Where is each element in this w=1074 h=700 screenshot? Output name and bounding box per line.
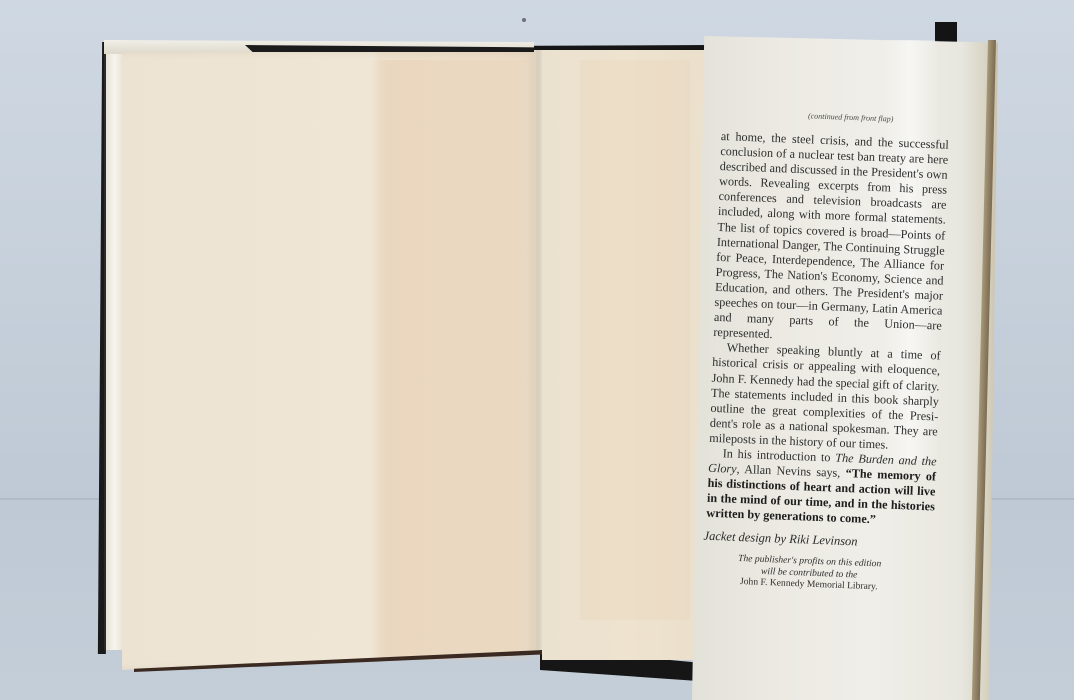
flap-paragraph-2: Whether speaking bluntly at a time of hi… <box>709 340 941 454</box>
flap-paragraph-1: at home, the steel crisis, and the suc­c… <box>713 129 949 349</box>
right-endpaper-stain <box>580 60 690 620</box>
flap-text-block: (continued from front flap) at home, the… <box>704 108 950 595</box>
jacket-design-credit: Jacket design by Riki Levinson <box>703 529 933 553</box>
flap-paragraph-3: In his introduction to The Burden and th… <box>706 446 937 530</box>
photo-scene: (continued from front flap) at home, the… <box>0 0 1074 700</box>
dust-speck <box>522 18 526 22</box>
left-endpaper-stain <box>370 60 540 660</box>
